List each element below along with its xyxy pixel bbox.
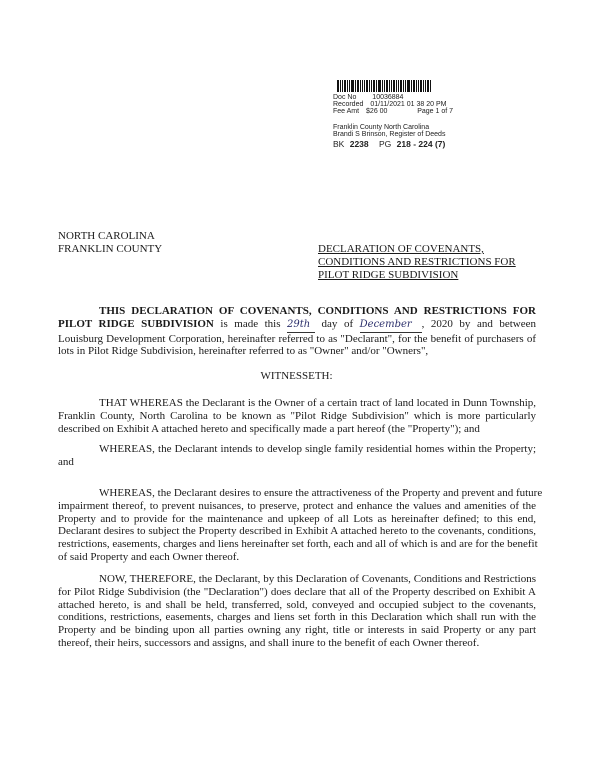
venue-county: FRANKLIN COUNTY xyxy=(58,243,162,256)
intro-line-4: lots in Pilot Ridge Subdivision, hereina… xyxy=(58,345,536,358)
paragraph-line: Property and be binding upon all parties… xyxy=(58,624,536,637)
document-title: DECLARATION OF COVENANTS, CONDITIONS AND… xyxy=(318,243,516,282)
paragraph-line: described on Exhibit A attached hereto a… xyxy=(58,423,536,436)
intro-subdivision-name: PILOT RIDGE SUBDIVISION xyxy=(58,318,214,330)
barcode-bar xyxy=(376,80,377,92)
paragraph-line: of said Property and each Owner thereof. xyxy=(58,551,536,564)
paragraph-line: Declarant desires to subject the Propert… xyxy=(58,525,536,538)
barcode-bar xyxy=(425,80,426,92)
barcode-bar xyxy=(398,80,399,92)
barcode-bar xyxy=(423,80,424,92)
intro-paragraph: THIS DECLARATION OF COVENANTS, CONDITION… xyxy=(58,305,536,358)
barcode-bar xyxy=(355,80,356,92)
doc-no-label: Doc No xyxy=(333,94,356,101)
paragraph-line: and xyxy=(58,456,536,469)
barcode-bar xyxy=(411,80,412,92)
barcode-bar xyxy=(347,80,348,92)
barcode-bar xyxy=(405,80,406,92)
paragraph-line: impairment thereof, to prevent nuisances… xyxy=(58,500,536,513)
paragraph-line: conditions, restrictions, easements, cha… xyxy=(58,611,536,624)
venue-state: NORTH CAROLINA xyxy=(58,230,155,243)
paragraph-whereas-develop: WHEREAS, the Declarant intends to develo… xyxy=(58,443,536,469)
paragraph-line: restrictions, easements, charges and lie… xyxy=(58,538,536,551)
paragraph-that-whereas: THAT WHEREAS the Declarant is the Owner … xyxy=(58,397,536,435)
barcode-bar xyxy=(391,80,392,92)
intro-text-a: is made this xyxy=(214,318,287,330)
stamp-register: Brandi S Brinson, Register of Deeds xyxy=(333,131,445,139)
pg-label: PG xyxy=(379,139,391,149)
barcode-bar xyxy=(344,80,346,92)
bk-label: BK xyxy=(333,139,344,149)
paragraph-line: WHEREAS, the Declarant intends to develo… xyxy=(58,443,536,456)
barcode-bar xyxy=(349,80,350,92)
paragraph-line: thereof, their heirs, successors and ass… xyxy=(58,637,536,650)
doc-no-value: 10036884 xyxy=(372,94,403,101)
barcode-bar xyxy=(369,80,370,92)
page-count: Page 1 of 7 xyxy=(417,108,453,116)
barcode-bar xyxy=(420,80,422,92)
intro-line-2: PILOT RIDGE SUBDIVISION is made this 29t… xyxy=(58,318,536,333)
intro-line-1: THIS DECLARATION OF COVENANTS, CONDITION… xyxy=(58,305,536,318)
paragraph-line: attached hereto, is and shall be held, t… xyxy=(58,599,536,612)
barcode-bar xyxy=(389,80,390,92)
fee-label: Fee Amt xyxy=(333,108,359,115)
barcode-bar xyxy=(396,80,397,92)
barcode-bar xyxy=(340,80,341,92)
barcode-bar xyxy=(342,80,343,92)
barcode-bar xyxy=(382,80,383,92)
intro-line-3: Louisburg Development Corporation, herei… xyxy=(58,333,536,346)
paragraph-line: NOW, THEREFORE, the Declarant, by this D… xyxy=(58,573,536,586)
title-line-3: PILOT RIDGE SUBDIVISION xyxy=(318,269,516,282)
barcode-bar xyxy=(403,80,404,92)
title-line-1: DECLARATION OF COVENANTS, xyxy=(318,243,516,256)
barcode-bar xyxy=(430,80,431,92)
handwritten-day: 29th xyxy=(287,319,315,333)
handwritten-month: December xyxy=(360,319,422,333)
barcode-bar xyxy=(386,80,388,92)
barcode-bar xyxy=(373,80,375,92)
paragraph-line: for Pilot Ridge Subdivision (the "Declar… xyxy=(58,586,536,599)
barcode-bar xyxy=(351,80,354,92)
title-line-2: CONDITIONS AND RESTRICTIONS FOR xyxy=(318,256,516,269)
barcode-bar xyxy=(384,80,385,92)
paragraph-line: WHEREAS, the Declarant desires to ensure… xyxy=(58,487,536,500)
witnesseth-heading: WITNESSETH: xyxy=(0,370,593,382)
paragraph-whereas-attractiveness: WHEREAS, the Declarant desires to ensure… xyxy=(58,487,536,564)
barcode-bar xyxy=(413,80,415,92)
barcode-bar xyxy=(337,80,339,92)
paragraph-line: THAT WHEREAS the Declarant is the Owner … xyxy=(58,397,536,410)
barcode-bar xyxy=(400,80,402,92)
paragraph-now-therefore: NOW, THEREFORE, the Declarant, by this D… xyxy=(58,573,536,650)
barcode-bar xyxy=(427,80,429,92)
barcode-bar xyxy=(393,80,395,92)
bk-value: 2238 xyxy=(350,139,369,149)
intro-text-c: , 2020 by and between xyxy=(422,318,536,330)
recorded-value: 01/11/2021 01 38 20 PM xyxy=(370,101,446,108)
barcode-bar xyxy=(407,80,410,92)
barcode-bar xyxy=(418,80,419,92)
recorded-label: Recorded xyxy=(333,101,363,108)
barcode-bar xyxy=(366,80,368,92)
barcode-bar xyxy=(360,80,361,92)
intro-text-b: day of xyxy=(315,318,360,330)
barcode-bar xyxy=(357,80,359,92)
paragraph-line: Property and to provide for the maintena… xyxy=(58,513,536,526)
pg-value: 218 - 224 (7) xyxy=(397,139,446,149)
fee-row: Fee Amt $26 00 Page 1 of 7 xyxy=(333,108,453,116)
barcode-bar xyxy=(364,80,365,92)
barcode-bar xyxy=(416,80,417,92)
fee-value: $26 00 xyxy=(366,108,387,115)
barcode-bar xyxy=(371,80,372,92)
paragraph-line: Franklin County, North Carolina to be kn… xyxy=(58,410,536,423)
barcode-icon xyxy=(337,80,445,92)
barcode-bar xyxy=(378,80,381,92)
book-page-row: BK 2238 PG 218 - 224 (7) xyxy=(333,140,445,148)
barcode-bar xyxy=(362,80,363,92)
